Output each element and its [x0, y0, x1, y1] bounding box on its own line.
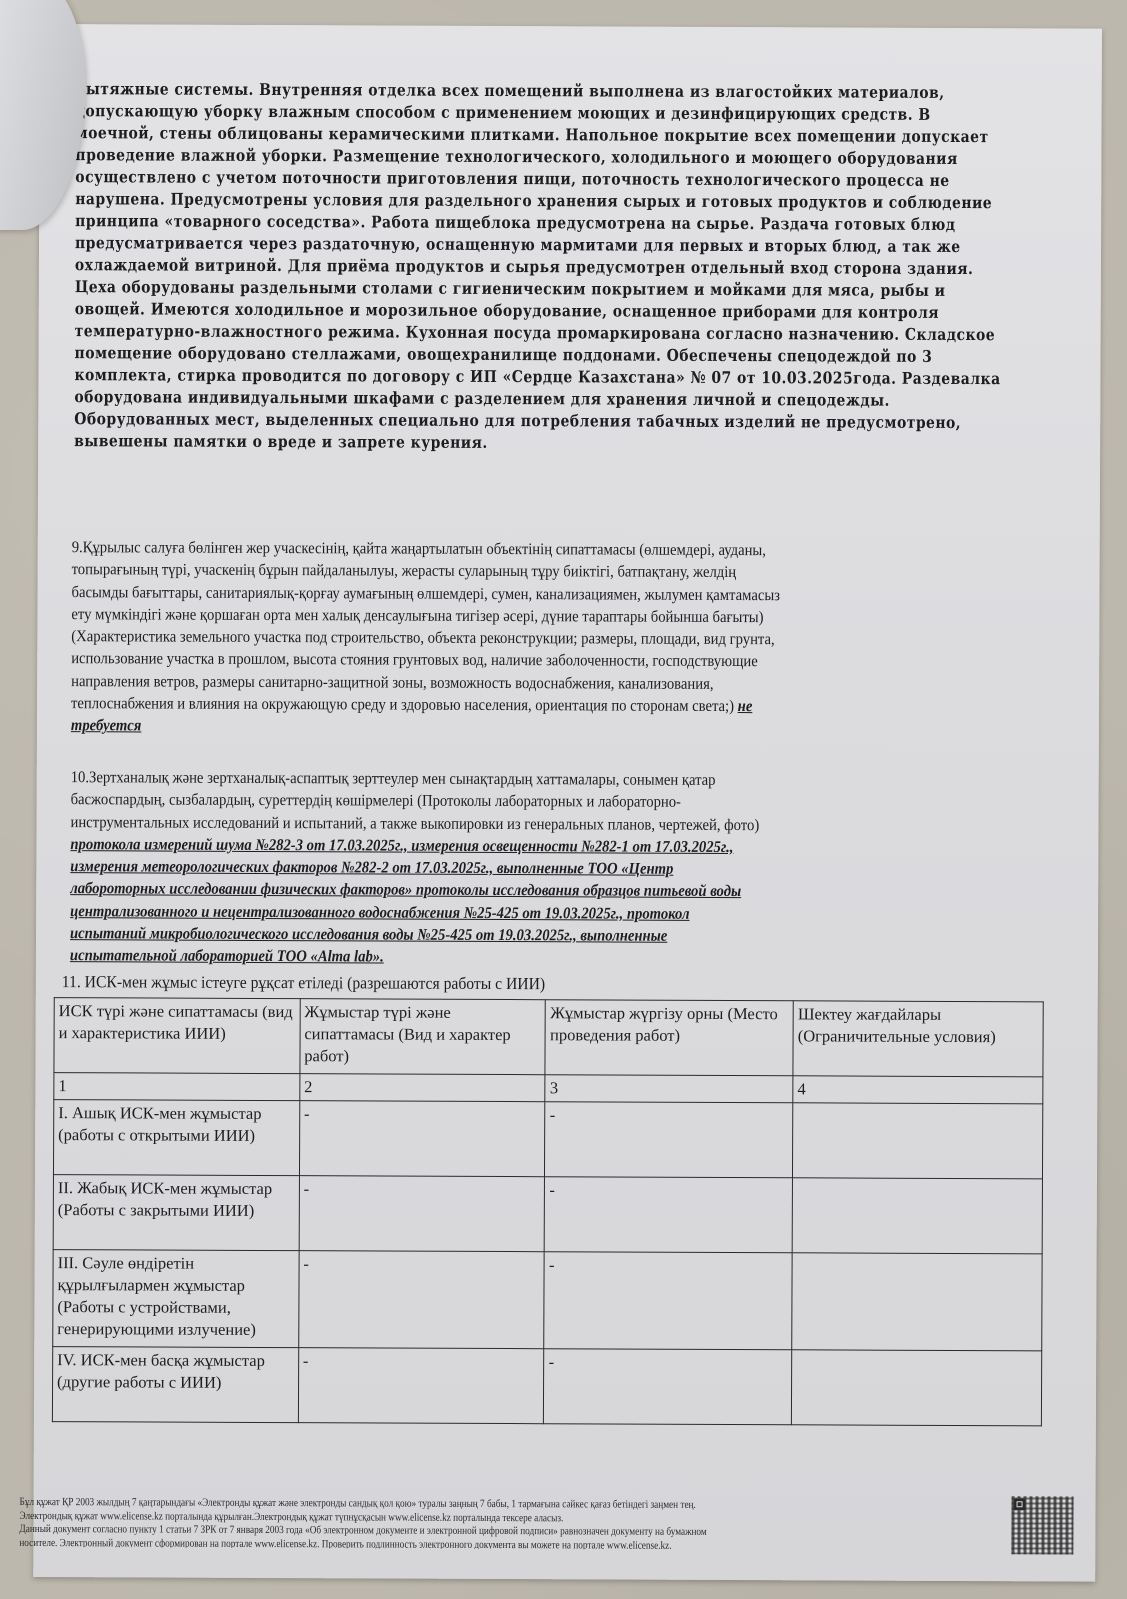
column-number: 3: [545, 1075, 793, 1103]
limits-cell: [792, 1253, 1042, 1351]
limits-cell: [792, 1350, 1042, 1426]
source-type-cell: I. Ашық ИСК-мен жұмыстар (работы с откры…: [53, 1100, 299, 1176]
work-type-cell: -: [299, 1176, 545, 1252]
radiation-sources-table: ИСК түрі және сипаттамасы (вид и характе…: [52, 997, 1044, 1426]
work-type-cell: -: [298, 1348, 544, 1424]
column-number: 1: [54, 1073, 300, 1101]
section-9-line: требуется: [71, 715, 1061, 742]
header-cell: Жұмыстар түрі және сипаттамасы (Вид и ха…: [300, 999, 546, 1075]
table-row: IV. ИСК-мен басқа жұмыстар (другие работ…: [52, 1347, 1041, 1426]
e-signature-footer: Бұл құжат ҚР 2003 жылдың 7 қаңтарындағы …: [19, 1496, 1027, 1551]
work-type-cell: -: [299, 1101, 545, 1177]
header-cell: Жұмыстар жүргізу орны (Место проведения …: [545, 1000, 793, 1076]
header-cell: Шектеу жағдайлары (Ограничительные услов…: [793, 1001, 1043, 1077]
section-9: 9.Құрылыс салуға бөлінген жер учаскесіні…: [71, 536, 1062, 741]
section-11-title: 11. ИСК-мен жұмыс істеуге рұқсат етіледі…: [62, 972, 545, 994]
work-type-cell: -: [298, 1251, 544, 1349]
work-place-cell: -: [545, 1102, 793, 1178]
table-row: III. Сәуле өндіретін құрылғылармен жұмыс…: [53, 1250, 1042, 1351]
table-header-row: ИСК түрі және сипаттамасы (вид и характе…: [54, 998, 1043, 1077]
work-place-cell: -: [544, 1252, 792, 1350]
intro-line: вывешены памятки о вреде и запрете курен…: [74, 430, 1072, 456]
source-type-cell: III. Сәуле өндіретін құрылғылармен жұмыс…: [53, 1250, 299, 1348]
column-number: 4: [793, 1076, 1043, 1104]
work-place-cell: -: [545, 1177, 793, 1253]
limits-cell: [793, 1103, 1043, 1179]
qr-code-icon: [1011, 1496, 1073, 1554]
section-9-answer: не: [738, 696, 753, 715]
work-place-cell: -: [544, 1349, 792, 1425]
source-type-cell: II. Жабық ИСК-мен жұмыстар (Работы с зак…: [53, 1175, 299, 1251]
source-type-cell: IV. ИСК-мен басқа жұмыстар (другие работ…: [52, 1347, 298, 1423]
table-row: I. Ашық ИСК-мен жұмыстар (работы с откры…: [53, 1100, 1042, 1179]
document-page: вытяжные системы. Внутренняя отделка все…: [33, 24, 1102, 1582]
section-9-answer-cont: требуется: [71, 716, 142, 735]
intro-paragraph: вытяжные системы. Внутренняя отделка все…: [74, 78, 1073, 456]
section-10-answer-line: испытательной лабораторией ТОО «Alma lab…: [70, 945, 1060, 972]
table-row: II. Жабық ИСК-мен жұмыстар (Работы с зак…: [53, 1175, 1042, 1254]
section-9-line-text: теплоснабжения и влияния на окружающую с…: [71, 693, 734, 715]
limits-cell: [792, 1178, 1042, 1254]
column-number-row: 1 2 3 4: [54, 1073, 1043, 1104]
section-10: 10.Зертханалық және зертханалық-аспаптық…: [70, 766, 1061, 971]
header-cell: ИСК түрі және сипаттамасы (вид и характе…: [54, 998, 300, 1074]
column-number: 2: [300, 1074, 546, 1102]
